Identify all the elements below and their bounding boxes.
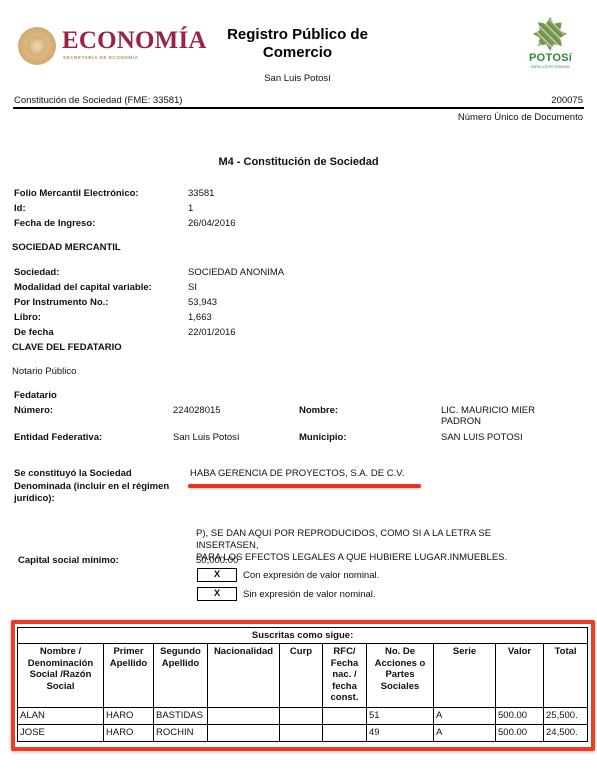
table-cell: JOSE [18,725,104,742]
denominacion-value: HABA GERENCIA DE PROYECTOS, S.A. DE C.V. [190,468,404,479]
nombre-value-line1: LIC. MAURICIO MIER [441,405,535,416]
table-cell: 51 [367,708,434,725]
document-number-caption: Número Único de Documento [458,112,583,123]
document-type: Constitución de Sociedad (FME: 33581) [14,95,182,106]
table-cell: ROCHIN [154,725,208,742]
denominacion-label: Se constituyó la Sociedad Denominada (in… [14,468,169,506]
table-cell: ALAN [18,708,104,725]
entidad-label: Entidad Federativa: [14,432,102,443]
objeto-line1: P), SE DAN AQUI POR REPRODUCIDOS, COMO S… [196,528,556,552]
table-cell [323,708,367,725]
column-header: Curp [280,644,323,708]
table-row: JOSEHAROROCHIN49A500.0024,500. [18,725,588,742]
id-value: 1 [188,203,193,214]
table-row: ALANHAROBASTIDAS51A500.0025,500. [18,708,588,725]
nombre-value: LIC. MAURICIO MIER PADRON [441,405,535,427]
page-title-line1: Registro Público de [200,26,395,44]
id-label: Id: [14,203,26,214]
suscritas-table: Suscritas como sigue: Nombre / Denominac… [17,627,588,742]
denominacion-highlight-underline [188,484,421,488]
entidad-value: San Luis Potosí [173,432,240,443]
denominacion-label-line3: jurídico): [14,493,169,506]
column-header: Serie [434,644,496,708]
potosi-logo-text: POTOSí [529,52,572,64]
economia-logo-text: ECONOMÍA [62,27,207,55]
table-cell: A [434,725,496,742]
instrumento-value: 53,943 [188,297,217,308]
capital-value: 50,000.00 [196,555,238,566]
objeto-line2: PARA LOS EFECTOS LEGALES A QUE HUBIERE L… [196,552,556,564]
instrumento-label: Por Instrumento No.: [14,297,108,308]
city-subtitle: San Luis Potosí [200,73,395,84]
form-title: M4 - Constitución de Sociedad [0,156,597,168]
table-cell [280,725,323,742]
table-header-row: Nombre / Denominación Social /Razón Soci… [18,644,588,708]
libro-value: 1,663 [188,312,212,323]
fedatario-tipo: Notario Público [12,366,76,377]
column-header: Total [544,644,588,708]
table-cell [323,725,367,742]
column-header: Nombre / Denominación Social /Razón Soci… [18,644,104,708]
con-valor-nominal-checkbox[interactable]: X [197,568,237,582]
denominacion-label-line1: Se constituyó la Sociedad [14,468,169,481]
folio-label: Folio Mercantil Electrónico: [14,188,139,199]
sociedad-value: SOCIEDAD ANONIMA [188,267,284,278]
page-title-line2: Comercio [200,44,395,62]
economia-logo: ECONOMÍA SECRETARÍA DE ECONOMÍA [18,27,193,67]
table-cell: BASTIDAS [154,708,208,725]
table-cell: A [434,708,496,725]
column-header: Valor [496,644,544,708]
municipio-value: SAN LUIS POTOSI [441,432,523,443]
libro-label: Libro: [14,312,41,323]
national-seal-icon [18,27,56,65]
table-cell: HARO [104,708,154,725]
potosi-logo-subtitle: PARA LOS POTOSINOS [531,65,575,69]
de-fecha-value: 22/01/2016 [188,327,236,338]
table-cell [208,708,280,725]
sin-valor-nominal-label: Sin expresión de valor nominal. [243,589,376,600]
fecha-ingreso-value: 26/04/2016 [188,218,236,229]
numero-value: 224028015 [173,405,221,416]
column-header: RFC/ Fecha nac. / fecha const. [323,644,367,708]
suscritas-caption: Suscritas como sigue: [18,628,588,644]
table-cell: 500.00 [496,708,544,725]
table-cell: 49 [367,725,434,742]
table-cell: HARO [104,725,154,742]
potosi-star-icon [533,17,567,51]
capital-variable-value: SI [188,282,197,293]
capital-variable-label: Modalidad del capital variable: [14,282,152,293]
capital-label: Capital social mínimo: [18,555,119,566]
column-header: Primer Apellido [104,644,154,708]
nombre-label: Nombre: [299,405,338,416]
fedatario-heading: CLAVE DEL FEDATARIO [12,342,122,353]
municipio-label: Municipio: [299,432,347,443]
de-fecha-label: De fecha [14,327,54,338]
table-cell: 25,500. [544,708,588,725]
numero-label: Número: [14,405,53,416]
con-valor-nominal-label: Con expresión de valor nominal. [243,570,379,581]
folio-value: 33581 [188,188,214,199]
column-header: Nacionalidad [208,644,280,708]
table-cell: 500.00 [496,725,544,742]
table-cell: 24,500. [544,725,588,742]
potosi-logo: POTOSí PARA LOS POTOSINOS [523,17,578,79]
sociedad-label: Sociedad: [14,267,59,278]
fecha-ingreso-label: Fecha de Ingreso: [14,218,95,229]
objeto-text: P), SE DAN AQUI POR REPRODUCIDOS, COMO S… [196,528,556,564]
header-divider [13,107,584,109]
column-header: Segundo Apellido [154,644,208,708]
denominacion-label-line2: Denominada (incluir en el régimen [14,481,169,494]
sin-valor-nominal-checkbox[interactable]: X [197,587,237,601]
page-title: Registro Público de Comercio [200,26,395,62]
nombre-value-line2: PADRON [441,416,535,427]
economia-logo-subtitle: SECRETARÍA DE ECONOMÍA [63,55,138,60]
document-number: 200075 [551,95,583,106]
column-header: No. De Acciones o Partes Sociales [367,644,434,708]
table-body: ALANHAROBASTIDAS51A500.0025,500.JOSEHARO… [18,708,588,742]
table-cell [280,708,323,725]
sociedad-heading: SOCIEDAD MERCANTIL [12,242,121,253]
table-cell [208,725,280,742]
fedatario-subheading: Fedatario [14,390,57,401]
